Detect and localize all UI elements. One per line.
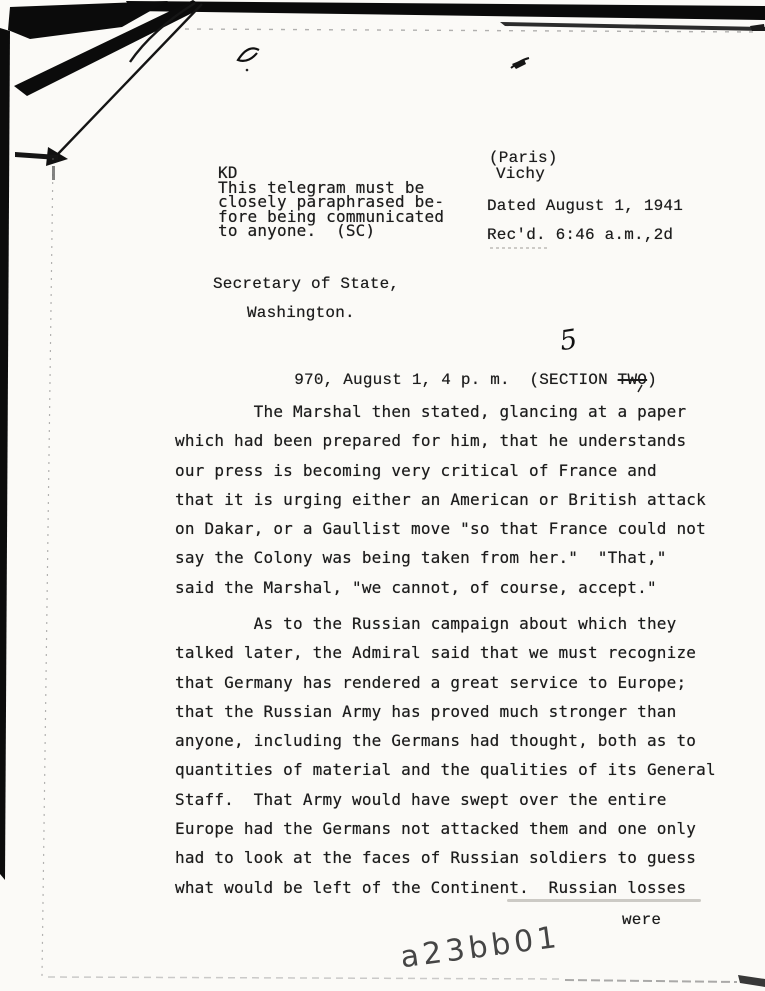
scan-edge-top-band [126, 1, 765, 20]
addressee-city: Washington. [247, 303, 355, 323]
scanned-telegram-page: KD This telegram must be closely paraphr… [0, 0, 765, 991]
scan-dotted-left-line [42, 158, 53, 976]
ink-squiggle-right-icon [511, 58, 529, 68]
ink-dot [246, 69, 249, 72]
ink-squiggle-right-flag [512, 59, 526, 69]
scan-crease-diagonal [57, 4, 202, 155]
handwritten-id: a23bb01 [399, 922, 563, 975]
scan-bottom-right-blob [738, 975, 765, 987]
origin-city: Vichy [496, 164, 545, 184]
scan-edge-left [0, 28, 10, 880]
scan-corner-fold-stripe [14, 0, 204, 96]
scan-dotted-top-line [185, 29, 760, 32]
struck-section-word: TWO [618, 371, 647, 389]
scan-crease-drip [52, 166, 55, 180]
scan-top-right-blob [750, 24, 765, 31]
classification-block: KD This telegram must be closely paraphr… [218, 166, 444, 239]
message-number-suffix: ) [647, 371, 657, 389]
body-paragraph-2: As to the Russian campaign about which t… [175, 609, 716, 902]
scan-edge-top-thin-line [500, 22, 765, 31]
scan-dashed-bottom-line-right [565, 980, 737, 982]
ink-squiggle-left-icon [238, 48, 259, 61]
date-line: Dated August 1, 1941 [487, 196, 683, 216]
addressee-name: Secretary of State, [213, 274, 399, 294]
scan-crease-curve [130, 3, 195, 62]
handwritten-section-correction: 5 [558, 326, 579, 355]
carryover-word: were [622, 910, 661, 930]
message-number-prefix: 970, August 1, 4 p. m. (SECTION [294, 371, 617, 389]
received-line: Rec'd. 6:46 a.m.,2d [487, 225, 673, 245]
scan-crease-dash [15, 152, 58, 160]
scan-crease-arrowhead [46, 147, 68, 166]
scan-corner-fold-mass [8, 1, 168, 39]
scan-dashed-bottom-line [48, 977, 562, 979]
body-paragraph-1: The Marshal then stated, glancing at a p… [175, 397, 706, 602]
